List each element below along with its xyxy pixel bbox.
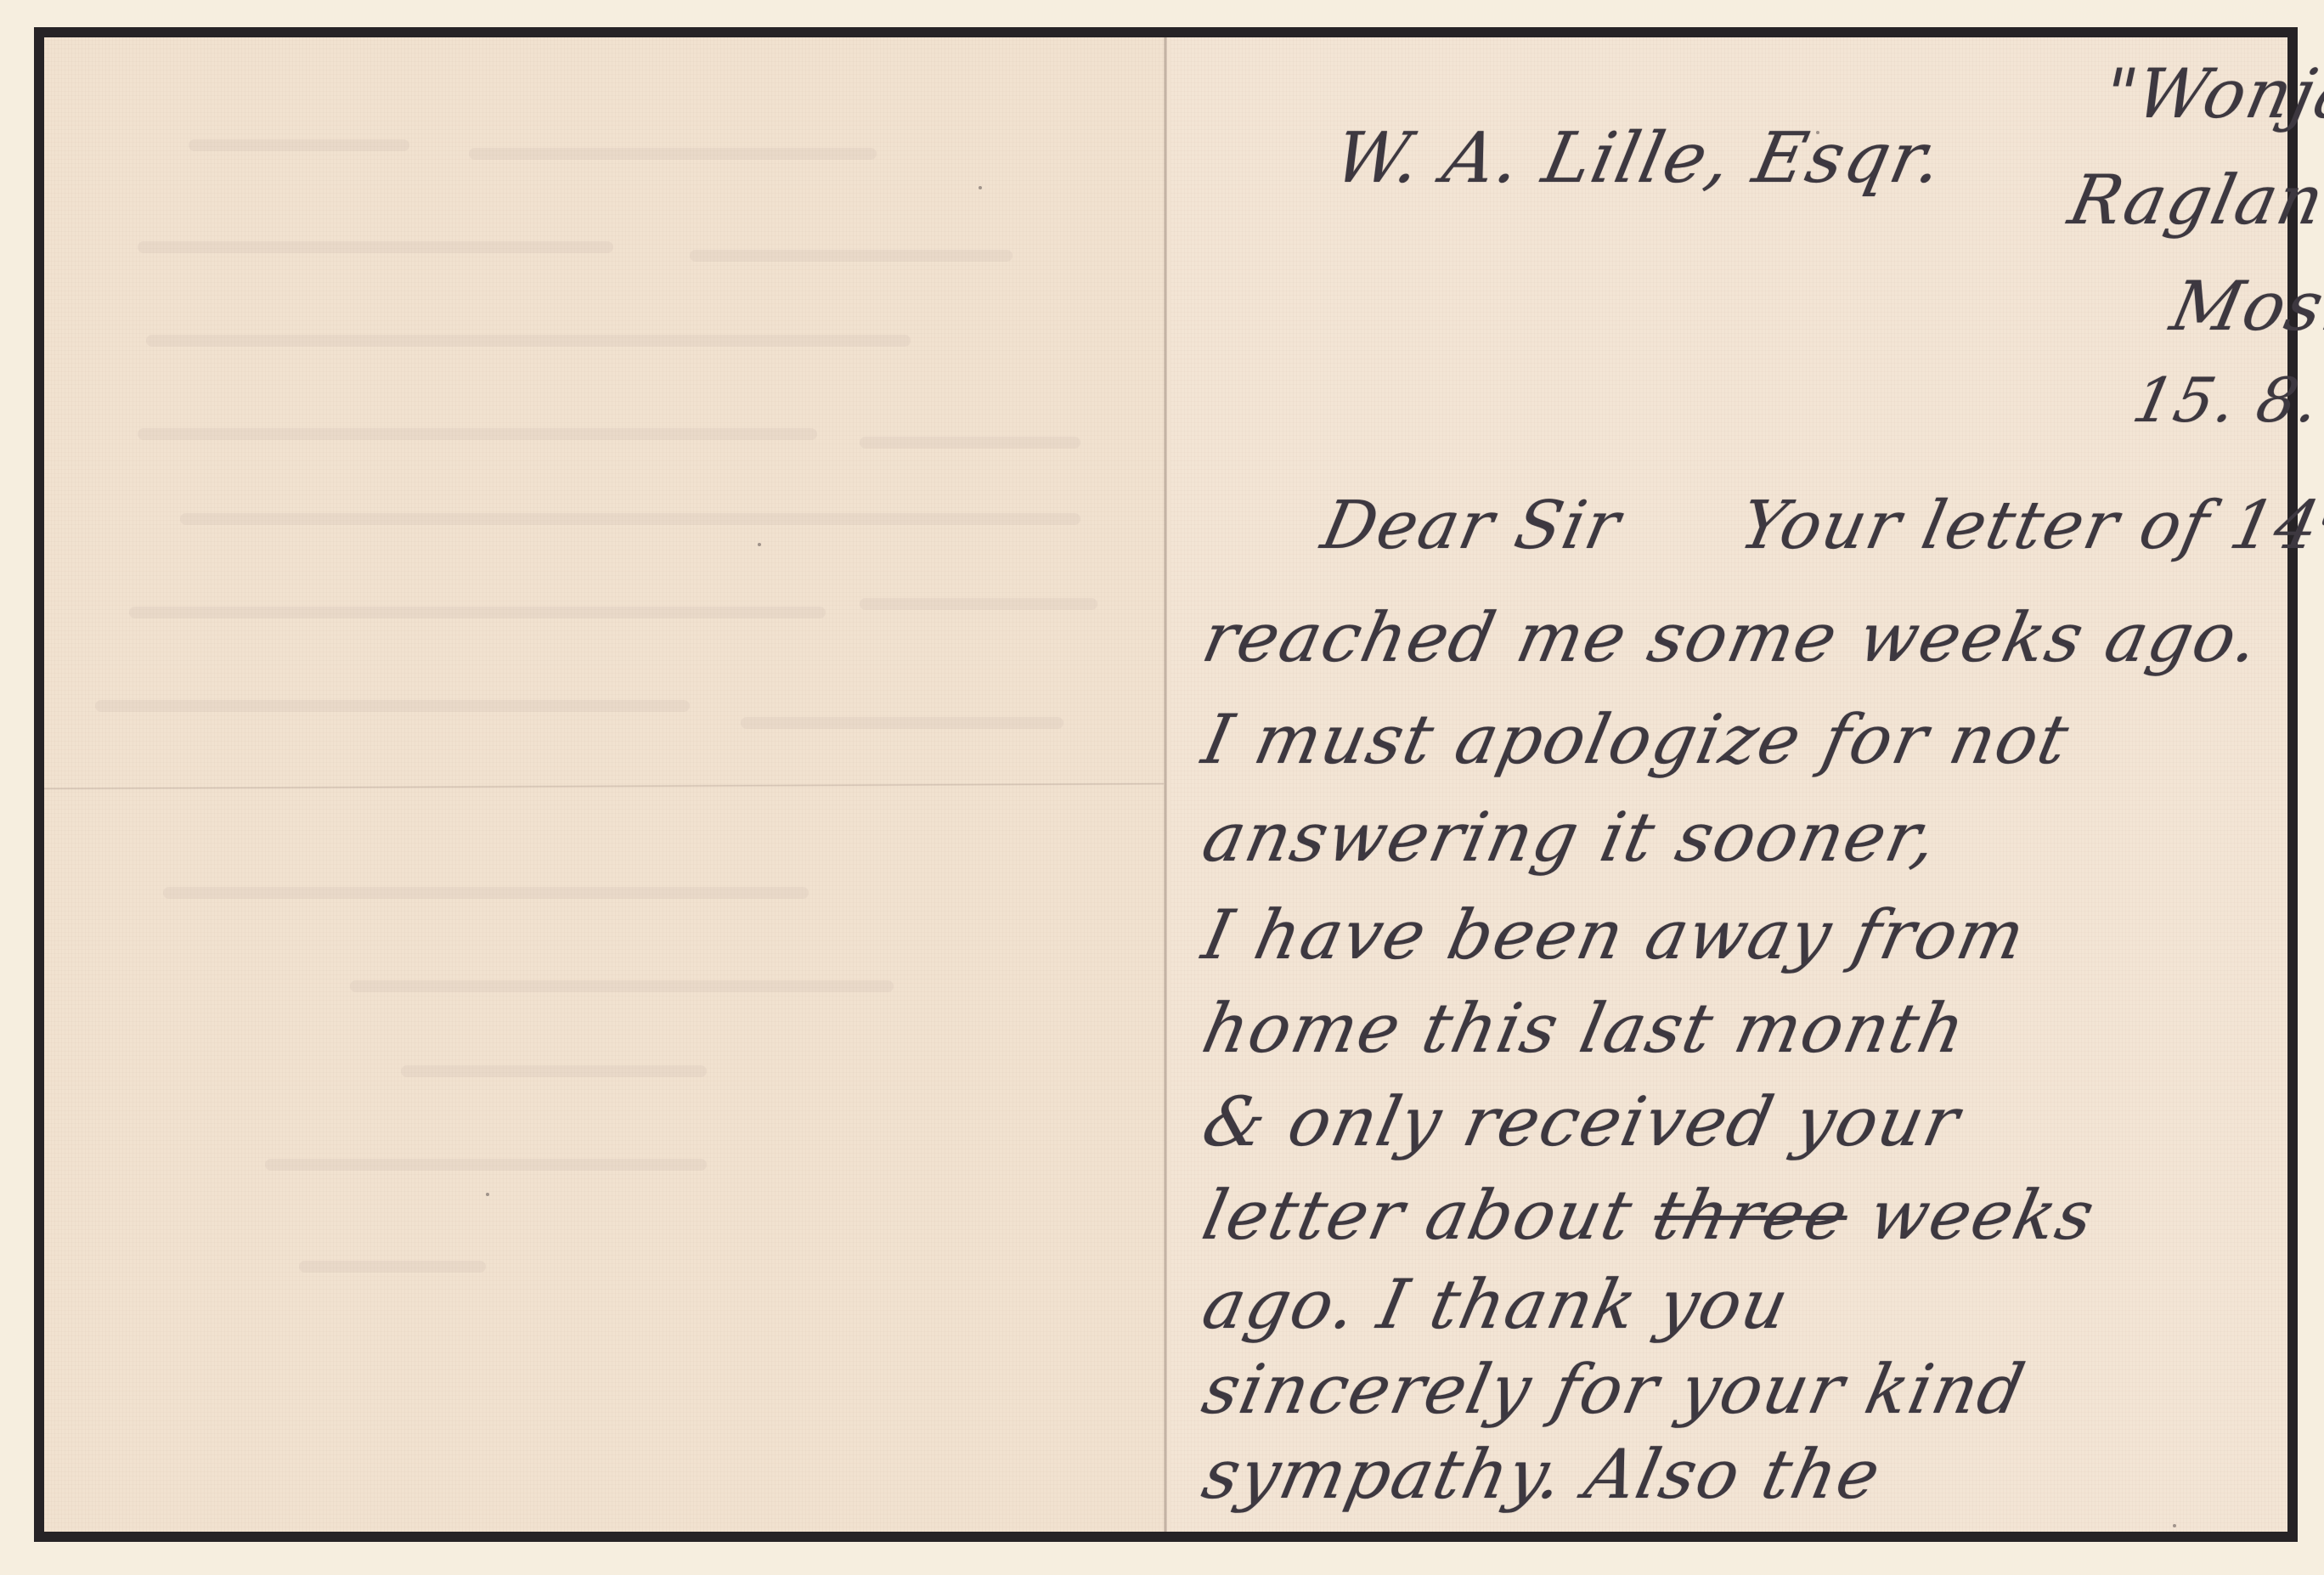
paper-speck — [758, 543, 761, 546]
paper-speck — [979, 186, 982, 189]
center-fold-crease — [1164, 37, 1167, 1532]
body-line: answering it sooner, — [1196, 798, 1945, 877]
paper-speck — [486, 1193, 489, 1196]
recipient-name: W. A. Lille, Esqr. — [1328, 118, 1951, 199]
body-line: I have been away from — [1196, 895, 2033, 974]
right-page: W. A. Lille, Esqr. "Wonjalee" Raglan St.… — [1170, 37, 2287, 1532]
salutation-text: Dear Sir — [1315, 488, 1627, 564]
salutation: Dear Sir Your letter of 14th 4. — [1315, 488, 2324, 564]
body-line: letter about three weeks — [1196, 1176, 2102, 1255]
body-line-text: weeks — [1839, 1176, 2102, 1255]
body-line: ago. I thank you — [1196, 1265, 1797, 1344]
body-line: I must apologize for not — [1196, 700, 2077, 779]
address-suburb: Mosman — [2164, 267, 2324, 346]
struck-through-word: three — [1647, 1176, 1856, 1255]
body-line: reached me some weeks ago. — [1196, 598, 2267, 677]
left-page — [44, 37, 1165, 1532]
letter-date: 15. 8. 14 — [2127, 364, 2324, 436]
body-line: & only received your — [1196, 1082, 1967, 1161]
address-street: Raglan St. — [2062, 161, 2324, 240]
body-line: home this last month — [1196, 989, 1973, 1068]
address-house-name: "Wonjalee" — [2096, 54, 2324, 133]
paper-speck — [1816, 131, 1819, 134]
body-line: sincerely for your kind — [1196, 1350, 2033, 1429]
opening-text: Your letter of 14 — [1734, 488, 2324, 564]
body-line: sympathy. Also the — [1196, 1435, 1888, 1514]
letter-sheet: W. A. Lille, Esqr. "Wonjalee" Raglan St.… — [34, 27, 2298, 1542]
paper-speck — [2173, 1524, 2176, 1527]
body-line-text: letter about — [1196, 1176, 1663, 1255]
